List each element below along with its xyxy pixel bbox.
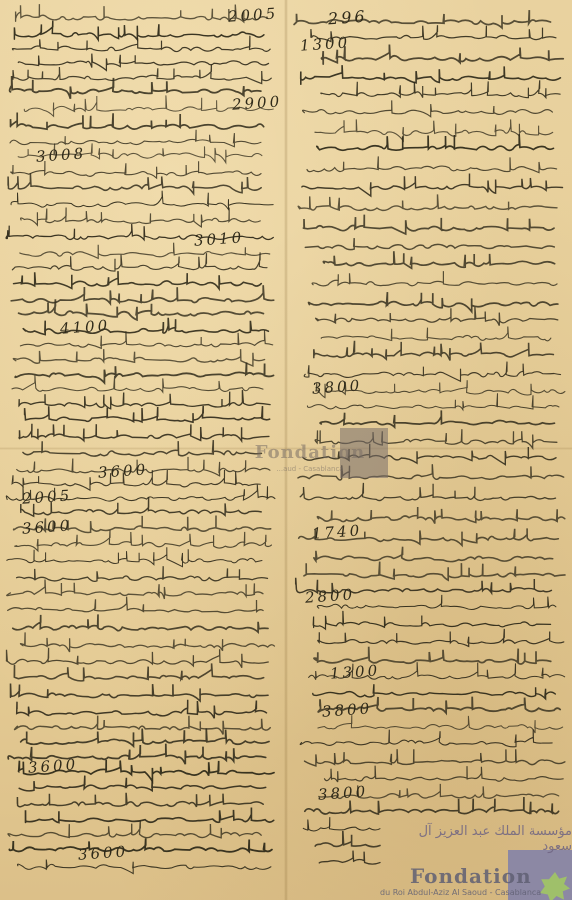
amount: 3800 [321, 699, 372, 720]
amount: 1740 [311, 521, 362, 542]
logo-subtitle: du Roi Abdul-Aziz Al Saoud - Casablanca [380, 888, 541, 897]
amount: 2900 [231, 92, 282, 113]
amount: 2005 [21, 486, 72, 507]
amount: 3800 [317, 782, 368, 803]
watermark-title: Fondation [230, 442, 390, 463]
amount: 3010 [193, 228, 244, 249]
watermark-subtitle: ...aud - Casablanca [230, 465, 390, 473]
manuscript-page: 296 1300 3800 1740 2800 1300 3800 3800 2… [0, 0, 572, 900]
amount: 3600 [27, 755, 78, 776]
left-header-numeral: 2005 [227, 4, 278, 25]
logo-title: Fondation [410, 864, 532, 888]
logo-arabic-text: مؤسسة الملك عبد العزيز آل سعود [402, 824, 572, 854]
amount: 3800 [311, 376, 362, 397]
amount: 4100 [59, 316, 110, 337]
amount: 3600 [77, 842, 128, 863]
amount: 3008 [35, 144, 86, 165]
amount: 3600 [21, 516, 72, 537]
right-header-numeral: 296 [327, 7, 368, 29]
center-watermark: Fondation ...aud - Casablanca [230, 428, 390, 498]
amount: 2800 [304, 585, 355, 606]
amount: 3600 [97, 460, 148, 481]
amount: 1300 [299, 33, 350, 54]
amount: 1300 [329, 661, 380, 682]
foundation-logo: مؤسسة الملك عبد العزيز آل سعود Fondation… [380, 820, 572, 900]
